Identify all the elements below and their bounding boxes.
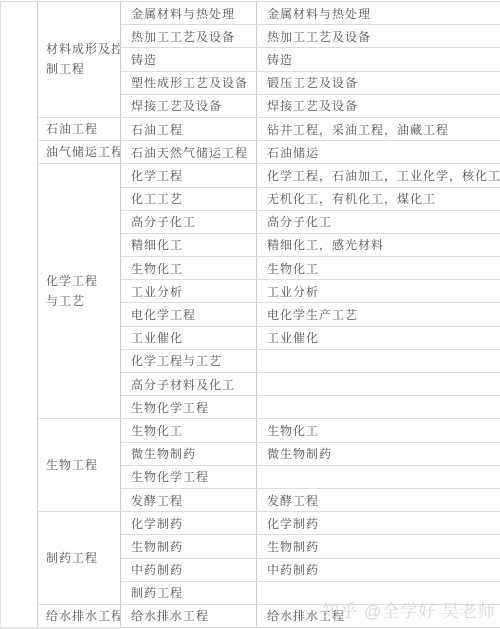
major-name-cell: 给水排水工程 <box>121 604 257 627</box>
major-mapping-cell: 精细化工，感光材料 <box>257 233 500 256</box>
major-name-cell: 发酵工程 <box>121 488 257 511</box>
major-mapping-cell: 电化学生产工艺 <box>257 303 500 326</box>
left-spacer-cell <box>1 2 38 628</box>
major-mapping-cell: 微生物制药 <box>257 442 500 465</box>
major-name-cell: 工业催化 <box>121 326 257 349</box>
major-name-cell: 生物化学工程 <box>121 396 257 419</box>
major-mapping-cell: 铸造 <box>257 48 500 71</box>
major-name-cell: 铸造 <box>121 48 257 71</box>
table-row: 材料成形及控 制工程金属材料与热处理金属材料与热处理 <box>1 2 500 25</box>
major-name-cell: 焊接工艺及设备 <box>121 94 257 117</box>
group-label-cell: 给水排水工程 <box>38 604 121 627</box>
table-row: 生物工程生物化工生物化工 <box>1 419 500 442</box>
major-name-cell: 化学制药 <box>121 512 257 535</box>
major-name-cell: 塑性成形工艺及设备 <box>121 71 257 94</box>
major-mapping-cell: 化学制药 <box>257 512 500 535</box>
table-row: 制药工程化学制药化学制药 <box>1 512 500 535</box>
group-label-cell: 制药工程 <box>38 512 121 605</box>
major-mapping-cell: 工业分析 <box>257 280 500 303</box>
major-name-cell: 高分子材料及化工 <box>121 373 257 396</box>
major-name-cell: 电化学工程 <box>121 303 257 326</box>
zhihu-watermark: 知乎 @全学好 吴老师 <box>322 597 496 622</box>
major-mapping-cell: 焊接工艺及设备 <box>257 94 500 117</box>
major-mapping-cell: 热加工工艺及设备 <box>257 25 500 48</box>
table-row: 石油工程石油工程钻井工程，采油工程，油藏工程 <box>1 117 500 140</box>
table-row: 油气储运工程石油天然气储运工程石油储运 <box>1 141 500 164</box>
major-mapping-cell: 工业催化 <box>257 326 500 349</box>
major-mapping-cell: 生物制药 <box>257 535 500 558</box>
major-name-cell: 金属材料与热处理 <box>121 2 257 25</box>
major-mapping-cell <box>257 349 500 372</box>
major-name-cell: 化学工程与工艺 <box>121 349 257 372</box>
major-name-cell: 制药工程 <box>121 581 257 604</box>
majors-table: 材料成形及控 制工程金属材料与热处理金属材料与热处理热加工工艺及设备热加工工艺及… <box>0 1 500 628</box>
major-name-cell: 生物化工 <box>121 419 257 442</box>
major-mapping-cell: 生物化工 <box>257 419 500 442</box>
major-name-cell: 精细化工 <box>121 233 257 256</box>
major-name-cell: 微生物制药 <box>121 442 257 465</box>
major-name-cell: 高分子化工 <box>121 210 257 233</box>
major-mapping-cell: 中药制药 <box>257 558 500 581</box>
major-name-cell: 中药制药 <box>121 558 257 581</box>
major-mapping-cell: 发酵工程 <box>257 488 500 511</box>
major-name-cell: 石油天然气储运工程 <box>121 141 257 164</box>
major-name-cell: 生物化工 <box>121 257 257 280</box>
major-mapping-cell: 高分子化工 <box>257 210 500 233</box>
major-name-cell: 石油工程 <box>121 117 257 140</box>
major-name-cell: 化学工程 <box>121 164 257 187</box>
majors-table-body: 材料成形及控 制工程金属材料与热处理金属材料与热处理热加工工艺及设备热加工工艺及… <box>1 2 500 628</box>
major-mapping-cell: 金属材料与热处理 <box>257 2 500 25</box>
major-mapping-cell: 钻井工程，采油工程，油藏工程 <box>257 117 500 140</box>
group-label-cell: 生物工程 <box>38 419 121 512</box>
group-label-cell: 化学工程 与工艺 <box>38 164 121 419</box>
major-name-cell: 生物化学工程 <box>121 465 257 488</box>
major-name-cell: 生物制药 <box>121 535 257 558</box>
group-label-cell: 材料成形及控 制工程 <box>38 2 121 118</box>
page: 材料成形及控 制工程金属材料与热处理金属材料与热处理热加工工艺及设备热加工工艺及… <box>0 0 500 629</box>
major-name-cell: 热加工工艺及设备 <box>121 25 257 48</box>
group-label-cell: 油气储运工程 <box>38 141 121 164</box>
major-mapping-cell: 锻压工艺及设备 <box>257 71 500 94</box>
major-mapping-cell <box>257 465 500 488</box>
major-mapping-cell: 无机化工，有机化工，煤化工 <box>257 187 500 210</box>
group-label-cell: 石油工程 <box>38 117 121 140</box>
major-name-cell: 工业分析 <box>121 280 257 303</box>
major-mapping-cell <box>257 396 500 419</box>
major-mapping-cell: 化学工程，石油加工，工业化学，核化工 <box>257 164 500 187</box>
table-row: 化学工程 与工艺化学工程化学工程，石油加工，工业化学，核化工 <box>1 164 500 187</box>
major-mapping-cell: 生物化工 <box>257 257 500 280</box>
major-mapping-cell: 石油储运 <box>257 141 500 164</box>
major-mapping-cell <box>257 373 500 396</box>
major-name-cell: 化工工艺 <box>121 187 257 210</box>
